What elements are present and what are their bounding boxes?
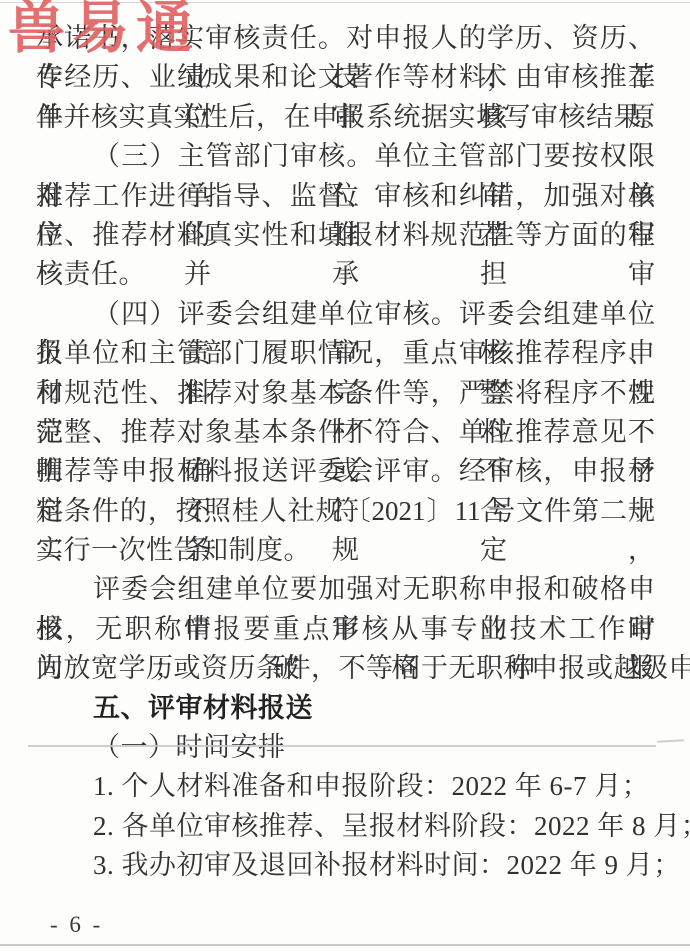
list-item: 3. 我办初审及退回补报材料时间：2022 年 9 月；: [36, 846, 655, 885]
section-heading: 五、评审材料报送: [36, 689, 655, 728]
text-line: （三）主管部门审核。单位主管部门要按权限对单位审核: [36, 137, 655, 176]
text-line: 推荐等申报材料报送评委会评审。经审核，申报材料不符合规: [36, 452, 655, 491]
watermark-logo: 兽易通: [8, 0, 200, 62]
text-line: 件并核实真实性后，在申报系统据实填写审核结果。: [36, 98, 655, 137]
text-line: 推荐工作进行指导、监督、审核和纠错，加强对单位的推荐程: [36, 177, 655, 216]
scanned-document-page: 兽易通 承诺书，落实审核责任。对申报人的学历、资历、专业技术工 作经历、业绩成果…: [0, 0, 690, 951]
list-item: 2. 各单位审核推荐、呈报材料阶段：2022 年 8 月；: [36, 807, 655, 846]
text-line: （四）评委会组建单位审核。评委会组建单位负责审核申: [36, 295, 655, 334]
page-number: - 6 -: [50, 912, 103, 938]
text-line: 定条件的，按照桂人社规〔2021〕11 号文件第二十二条规定，: [36, 492, 655, 531]
text-line: 核，无职称申报要重点审核从事专业技术工作时间；破格申报: [36, 610, 655, 649]
text-line: 和规范性、推荐对象基本条件等，严禁将程序不规范、材料不: [36, 374, 655, 413]
text-line: 报单位和主管部门履职情况，重点审核推荐程序、材料完整性: [36, 334, 655, 373]
scan-crease-dash: [657, 739, 684, 742]
scan-crease-line: [28, 745, 656, 747]
scan-edge-bottom: [0, 944, 690, 946]
document-body: 承诺书，落实审核责任。对申报人的学历、资历、专业技术工 作经历、业绩成果和论文著…: [36, 19, 655, 886]
list-item: 1. 个人材料准备和申报阶段：2022 年 6-7 月；: [36, 767, 655, 806]
text-line: 作经历、业绩成果和论文著作等材料，由审核推荐单位审核原: [36, 58, 655, 97]
subsection-heading: （一）时间安排: [36, 728, 655, 767]
text-line: 完整、推荐对象基本条件不符合、单位推荐意见不明确或不予: [36, 413, 655, 452]
text-line: 序、推荐材料真实性和填报材料规范性等方面的审核并承担审: [36, 216, 655, 255]
text-line: 评委会组建单位要加强对无职称申报和破格申报情形的审: [36, 570, 655, 609]
text-line: 为放宽学历或资历条件，不等同于无职称申报或越级申报。: [36, 649, 655, 688]
